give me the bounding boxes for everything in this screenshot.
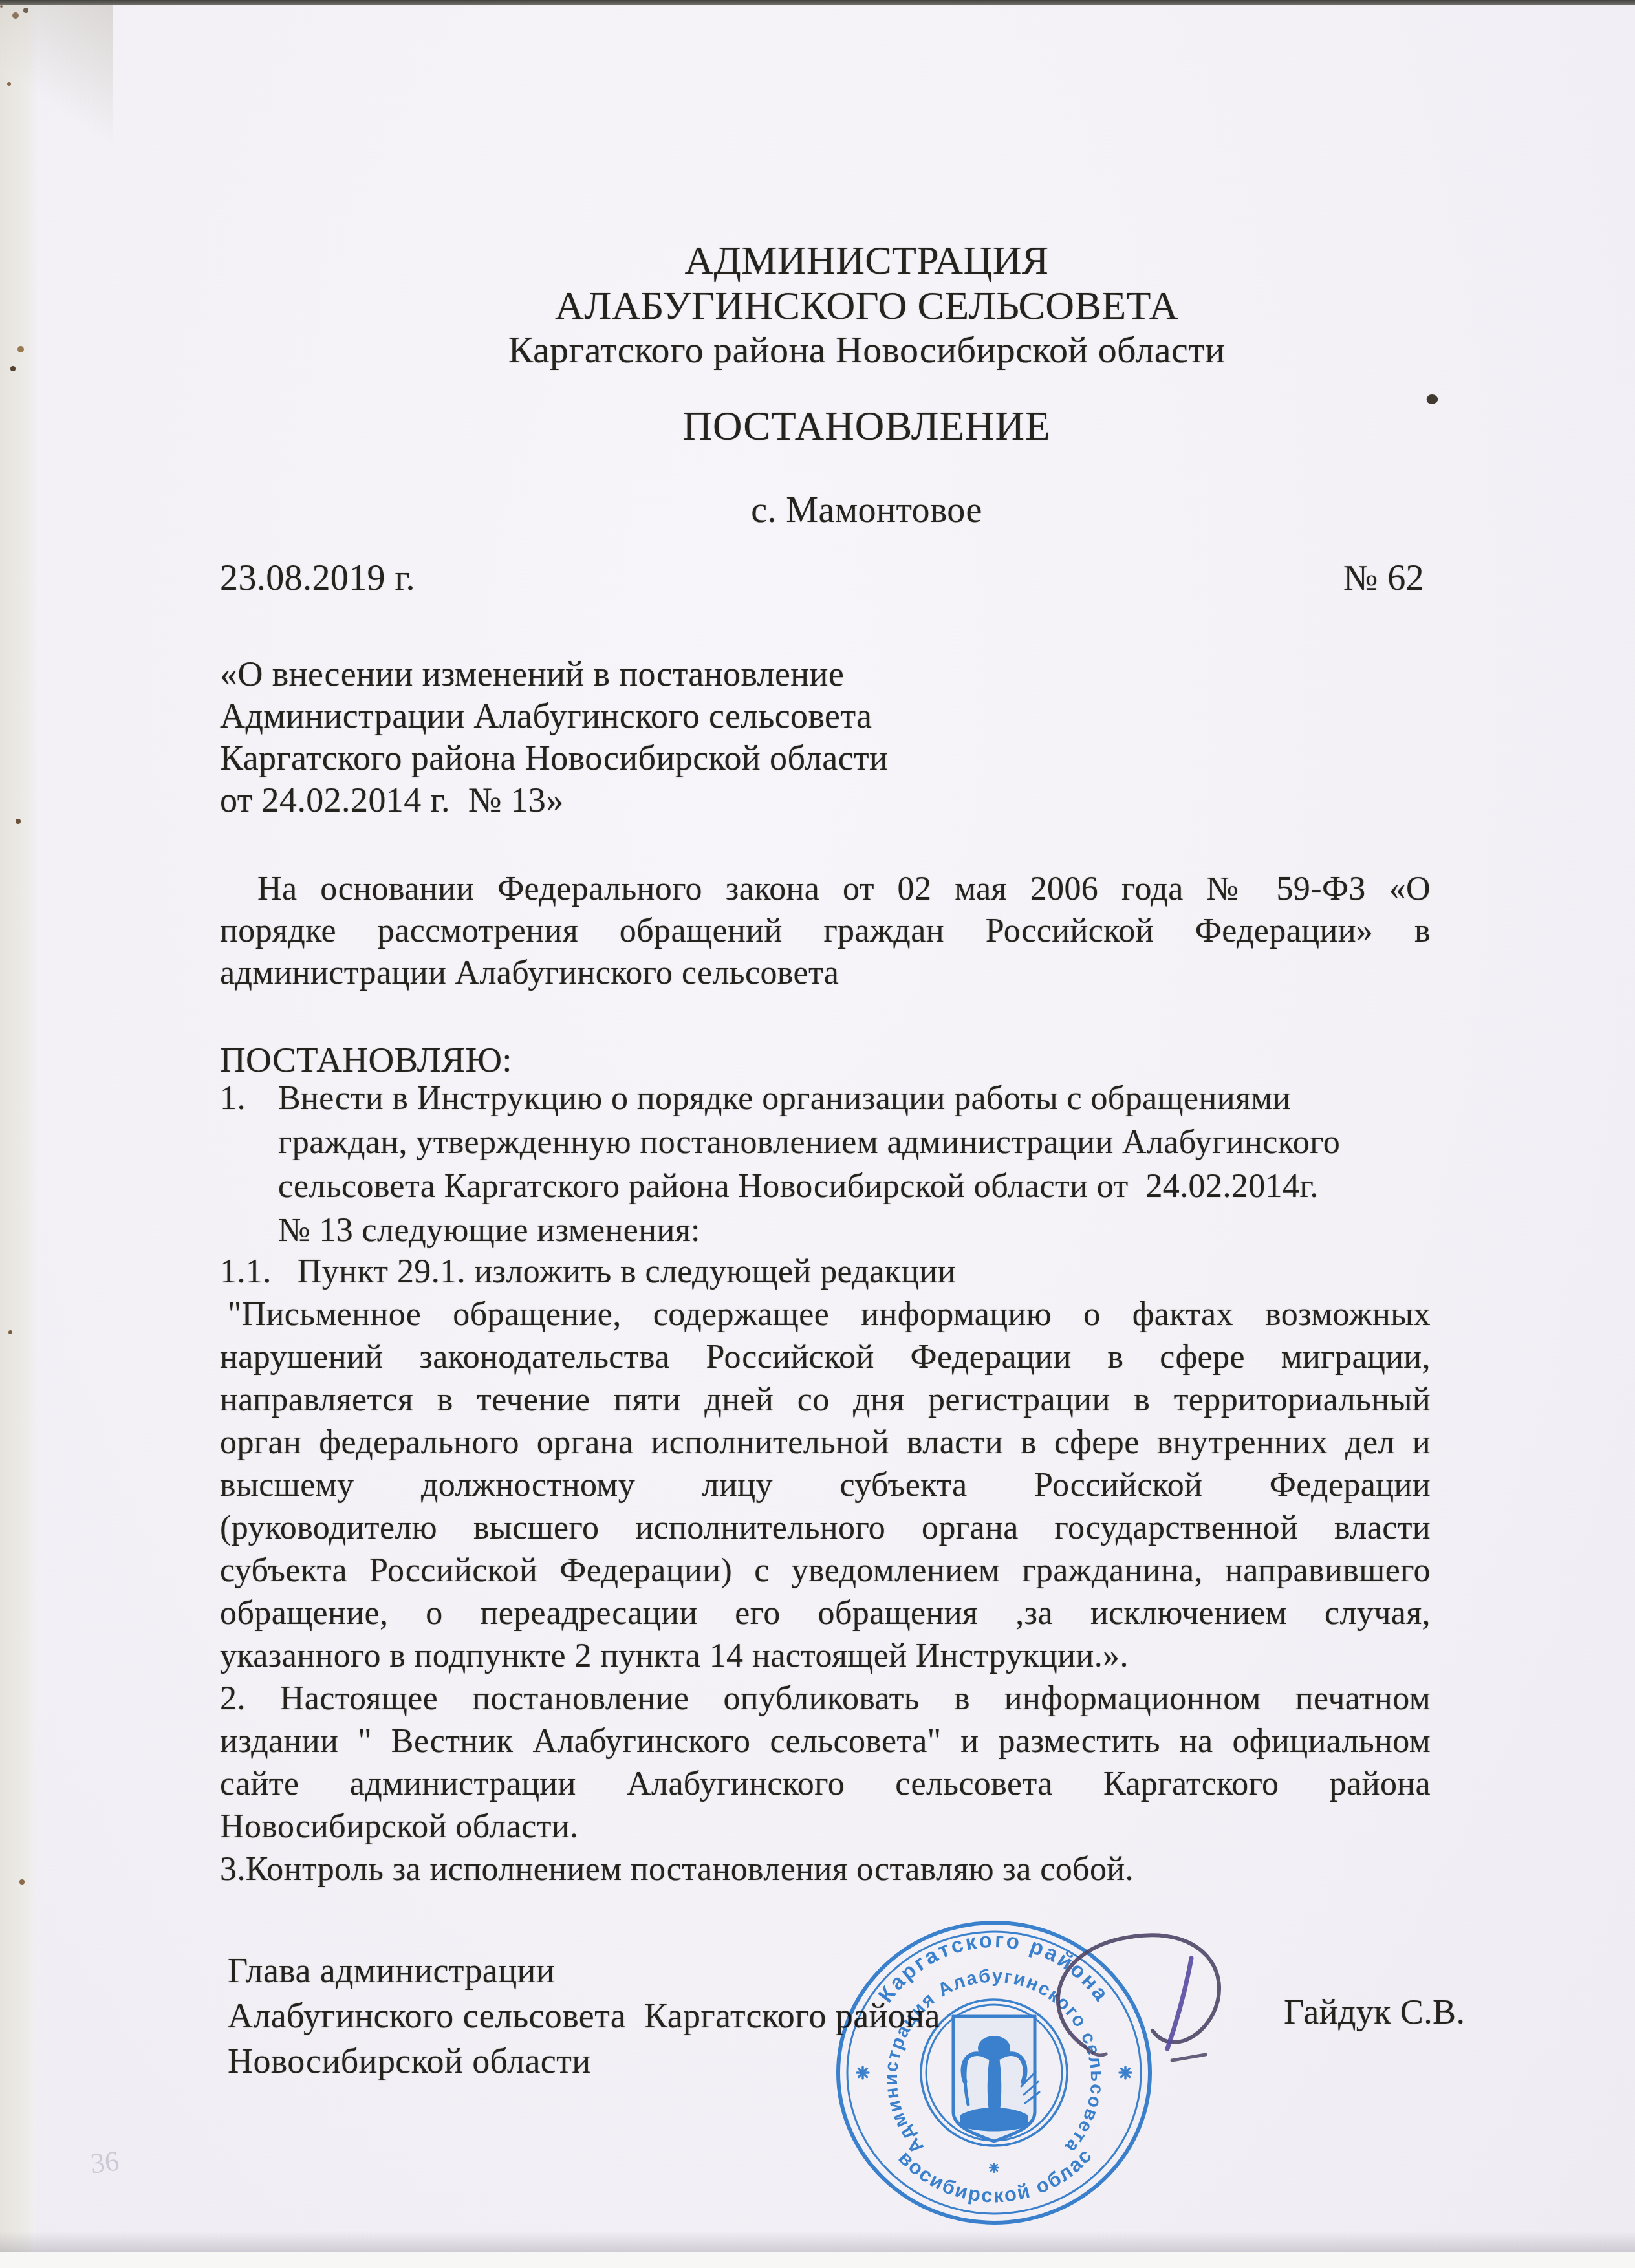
item-line: граждан, утвержденную постановлением адм…: [278, 1121, 1431, 1165]
clause-line: 2. Настоящее постановление опубликовать …: [220, 1678, 1431, 1720]
list-marker-1: 1.: [220, 1077, 246, 1121]
settlement-name: с. Мамонтовое: [220, 490, 1513, 531]
clause-line: обращение, о переадресации его обращения…: [220, 1592, 1431, 1635]
document-type-title: ПОСТАНОВЛЕНИЕ: [220, 403, 1513, 450]
preamble-paragraph: На основании Федерального закона от 02 м…: [220, 868, 1431, 994]
scanner-left-strip: [0, 5, 36, 2268]
item-line: Внести в Инструкцию о порядке организаци…: [278, 1077, 1431, 1121]
document-number: № 62: [1343, 557, 1424, 599]
clause-line: Новосибирской области.: [220, 1806, 1431, 1848]
paper-bottom-shadow: [0, 2231, 1635, 2252]
org-name-line3: Каргатского района Новосибирской области: [220, 329, 1513, 371]
subject-line: «О внесении изменений в постановление: [220, 653, 1319, 695]
scanner-top-edge: [0, 0, 1635, 5]
clause-line: указанного в подпункте 2 пункта 14 насто…: [220, 1635, 1431, 1678]
scanned-document-page: 36 АДМИНИСТРАЦИЯ АЛАБУГИНСКОГО СЕЛЬСОВЕТ…: [0, 0, 1635, 2268]
clause-line: сайте администрации Алабугинского сельсо…: [220, 1763, 1431, 1806]
resolve-keyword: ПОСТАНОВЛЯЮ:: [220, 1039, 512, 1080]
org-name-line2: АЛАБУГИНСКОГО СЕЛЬСОВЕТА: [220, 283, 1513, 329]
clause-line: орган федерального органа исполнительной…: [220, 1421, 1431, 1464]
clause-line: направляется в течение пяти дней со дня …: [220, 1379, 1431, 1421]
clause-line: 3.Контроль за исполнением постановления …: [220, 1848, 1431, 1891]
letterhead: АДМИНИСТРАЦИЯ АЛАБУГИНСКОГО СЕЛЬСОВЕТА К…: [220, 238, 1513, 371]
pencil-page-note: 36: [89, 2144, 121, 2181]
document-date: 23.08.2019 г.: [220, 557, 415, 599]
subject-line: Администрации Алабугинского сельсовета: [220, 695, 1319, 737]
preamble-line: На основании Федерального закона от 02 м…: [220, 868, 1431, 910]
clause-line: (руководителю высшего исполнительного ор…: [220, 1507, 1431, 1550]
clause-line: субъекта Российской Федерации) с уведомл…: [220, 1550, 1431, 1592]
clause-line: издании " Вестник Алабугинского сельсове…: [220, 1720, 1431, 1763]
clause-line: высшему должностному лицу субъекта Росси…: [220, 1464, 1431, 1507]
signatory-name: Гайдук С.В.: [1284, 1992, 1465, 2032]
item-line: № 13 следующие изменения:: [278, 1209, 1431, 1253]
clause-body: 1.1. Пункт 29.1. изложить в следующей ре…: [220, 1251, 1431, 1891]
subject-line: Каргатского района Новосибирской области: [220, 737, 1319, 779]
document-subject: «О внесении изменений в постановление Ад…: [220, 653, 1319, 821]
clause-line: "Письменное обращение, содержащее информ…: [220, 1293, 1431, 1336]
item-line: сельсовета Каргатского района Новосибирс…: [278, 1165, 1431, 1209]
date-number-row: 23.08.2019 г. № 62: [220, 557, 1424, 599]
preamble-line: порядке рассмотрения обращений граждан Р…: [220, 910, 1431, 952]
clause-line: 1.1. Пункт 29.1. изложить в следующей ре…: [220, 1251, 1431, 1293]
org-name-line1: АДМИНИСТРАЦИЯ: [220, 238, 1513, 283]
paper-fold-corner: [0, 5, 113, 157]
clause-line: нарушений законодательства Российской Фе…: [220, 1336, 1431, 1379]
list-item-1: Внести в Инструкцию о порядке организаци…: [278, 1077, 1431, 1253]
handwritten-signature: [1009, 1901, 1268, 2089]
preamble-line: администрации Алабугинского сельсовета: [220, 952, 1431, 994]
scanner-bottom-strip: [0, 2252, 1635, 2268]
subject-line: от 24.02.2014 г. № 13»: [220, 779, 1319, 821]
